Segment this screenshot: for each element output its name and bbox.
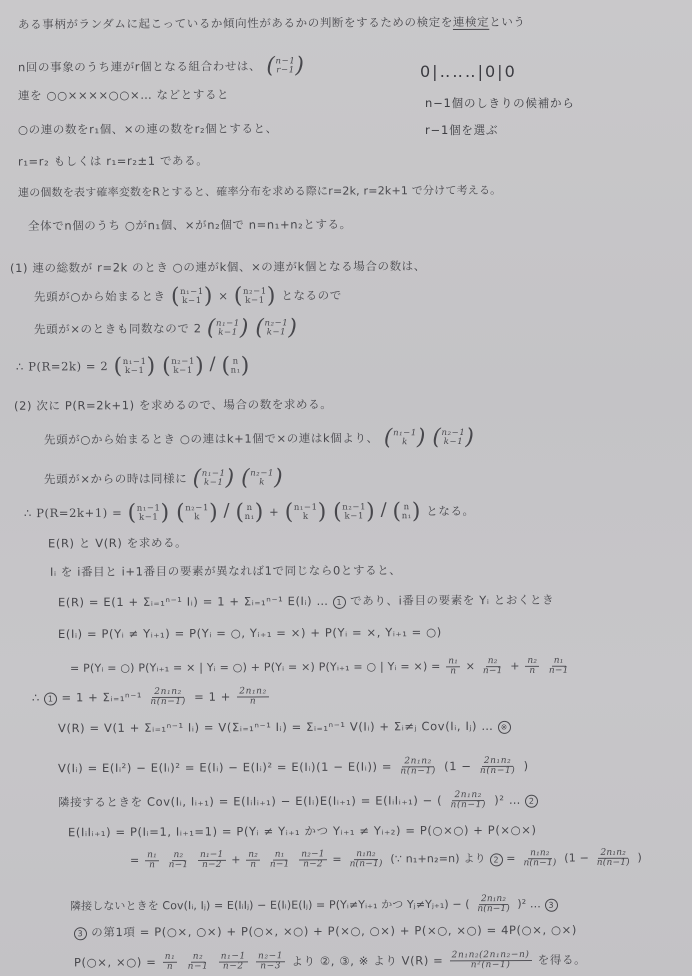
part1-text: 連の総数が r=2k のとき ○の連がk個、×の連がk個となる場合の数は、	[32, 259, 426, 275]
formula-text: より ②, ③, ※ より V(R) =	[291, 953, 443, 968]
formula-text: (∵ n₁+n₂=n) より	[390, 852, 486, 866]
fraction: n₁n	[163, 953, 178, 972]
fraction: 2n₁n₂n(n−1)	[398, 757, 438, 776]
intro-line-2: n回の事象のうち連がr個となる組合わせは、 (n−1r−1)	[18, 55, 306, 79]
fraction: n₂n	[525, 657, 539, 676]
divide-sign: /	[209, 354, 216, 375]
fraction: n₂n	[246, 851, 260, 870]
binomial: (n₂−1k−1)	[432, 427, 474, 449]
variance-result: P(○×, ×○) = n₁n n₂n−1 n₁−1n−2 n₂−1n−3 より…	[74, 951, 586, 973]
fraction: n₁−1n−2	[198, 851, 226, 870]
fraction: 2n₁n₂(2n₁n₂−n)n²(n−1)	[450, 951, 532, 970]
expectation-result: ∴ 1 = 1 + Σᵢ₌₁ⁿ⁻¹ 2n₁n₂n(n−1) = 1 + 2n₁n…	[32, 687, 271, 707]
intro-line-1: ある事柄がランダムに起こっているか傾向性があるかの判断をするための検定を連検定と…	[18, 17, 526, 31]
fraction: n₂−1n−3	[256, 952, 285, 971]
binomial: (n₂−1k−1)	[162, 356, 204, 378]
binomial: (n₂−1k−1)	[234, 286, 276, 308]
intro-line-3: 連を ○○××××○○×… などとすると	[18, 89, 229, 102]
first-term-expansion: 3 の第1項 = P(○×, ○×) + P(○×, ×○) + P(×○, ○…	[74, 925, 577, 941]
part2-probability-odd: ∴ P(R=2k+1) = (n₁−1k−1) (n₂−1k) / (nn₁) …	[24, 501, 475, 525]
part2-line-2: 先頭が○から始まるとき ○の連はk+1個で×の連はk個より、 (n₁−1k) (…	[44, 427, 476, 451]
joint-expectation: E(IᵢIᵢ₊₁) = P(Iᵢ=1, Iᵢ₊₁=1) = P(Yᵢ ≠ Yᵢ₊…	[68, 825, 537, 839]
formula-text: = 1 +	[194, 690, 231, 704]
binomial: (n−1r−1)	[266, 55, 304, 77]
part1-label: (1)	[10, 261, 28, 275]
part2-label: (2)	[14, 399, 32, 413]
part2-line-1: (2) 次に P(R=2k+1) を求めるので、場合の数を求める。	[14, 399, 332, 412]
formula-text: )² …	[517, 897, 541, 910]
fraction: n₁−1n−2	[219, 952, 248, 971]
fraction: n₂−1n−2	[299, 850, 327, 869]
intro-line-6: 連の個数を表す確率変数をRとすると、確率分布を求める際にr=2k, r=2k+1…	[18, 185, 501, 199]
binomial: (n₁−1k)	[384, 427, 426, 449]
equals-sign: =	[130, 854, 139, 867]
fraction: n₁n₂n(n−1)	[521, 849, 558, 868]
plus-sign: +	[269, 505, 279, 519]
fraction: n₁n	[145, 851, 159, 870]
text: 先頭が○から始まるとき ○の連はk+1個で×の連はk個より、	[44, 431, 379, 447]
circled-2-icon: 2	[525, 795, 538, 808]
binomial: (n₁−1k−1)	[114, 356, 156, 378]
circled-3-icon: 3	[545, 898, 558, 911]
intro-line-7: 全体でn個のうち ○がn₁個、×がn₂個で n=n₁+n₂とする。	[28, 219, 352, 232]
text: 先頭が○から始まるとき	[34, 289, 166, 304]
joint-expectation-value: = n₁n n₂n−1 n₁−1n−2 + n₂n n₁n−1 n₂−1n−2 …	[130, 849, 642, 871]
formula-text: (1 −	[564, 851, 589, 864]
text: 先頭が×のときも同数なので 2	[34, 321, 202, 336]
circled-asterisk-icon: ※	[498, 721, 511, 734]
covariance-non-adjacent: 隣接しないときを Cov(Iᵢ, Iⱼ) = E(IᵢIⱼ) − E(Iᵢ)E(…	[70, 895, 558, 917]
fraction: 2n₁n₂n(n−1)	[148, 688, 188, 707]
fraction: 2n₁n₂n(n−1)	[595, 849, 632, 868]
intro-text: ある事柄がランダムに起こっているか傾向性があるかの判断をするための検定を	[18, 15, 453, 31]
binomial: (n₂−1k−1)	[255, 317, 297, 339]
expectation-sum: E(R) = E(1 + Σᵢ₌₁ⁿ⁻¹ Iᵢ) = 1 + Σᵢ₌₁ⁿ⁻¹ E…	[58, 595, 554, 611]
fraction: n₁n₂n(n−1)	[347, 850, 384, 869]
fraction: n₂n−1	[186, 953, 211, 972]
formula-text: )² …	[494, 793, 521, 807]
formula-text: の第1項 = P(○×, ○×) + P(○×, ×○) + P(×○, ○×)…	[91, 923, 577, 940]
binomial: (n₁−1k−1)	[193, 468, 235, 490]
side-note-line-1: n−1個のしきりの候補から	[425, 95, 575, 111]
circled-2-icon: 2	[490, 853, 503, 866]
therefore-sign: ∴	[32, 691, 40, 705]
text: 先頭が×からの時は同様に	[44, 471, 187, 486]
formula-text: V(R) = V(1 + Σᵢ₌₁ⁿ⁻¹ Iᵢ) = V(Σᵢ₌₁ⁿ⁻¹ Iᵢ)…	[58, 719, 494, 735]
times-sign: ×	[218, 289, 228, 303]
binomial: (nn₁)	[392, 501, 421, 523]
formula-text: V(Iᵢ) = E(Iᵢ²) − E(Iᵢ)² = E(Iᵢ) − E(Iᵢ)²…	[58, 759, 392, 775]
covariance-adjacent: 隣接するときを Cov(Iᵢ, Iᵢ₊₁) = E(IᵢIᵢ₊₁) − E(Iᵢ…	[58, 791, 538, 813]
expectation-indicator: E(Iᵢ) = P(Yᵢ ≠ Yᵢ₊₁) = P(Yᵢ = ○, Yᵢ₊₁ = …	[58, 627, 442, 641]
text: となる。	[426, 504, 474, 518]
circled-1-icon: 1	[44, 692, 57, 705]
part2-line-3: 先頭が×からの時は同様に (n₁−1k−1) (n₂−1k)	[44, 467, 284, 490]
part1-probability-even: ∴ P(R=2k) = 2 (n₁−1k−1) (n₂−1k−1) / (nn₁…	[16, 355, 251, 378]
formula-text: ∴ P(R=2k) = 2	[16, 359, 108, 373]
part1-line-1: (1) 連の総数が r=2k のとき ○の連がk個、×の連がk個となる場合の数は…	[10, 261, 426, 275]
circled-3-icon: 3	[74, 927, 87, 940]
term-run-test: 連検定	[453, 15, 489, 29]
expectation-intro: E(R) と V(R) を求める。	[48, 538, 187, 550]
fraction: 2n₁n₂n	[237, 687, 269, 706]
times-sign: ×	[466, 660, 475, 673]
formula-text: 隣接しないときを Cov(Iᵢ, Iⱼ) = E(IᵢIⱼ) − E(Iᵢ)E(…	[70, 898, 470, 913]
indicator-definition: Iᵢ を i番目と i+1番目の要素が異なれば1で同じなら0とすると、	[50, 565, 401, 578]
combination-text: n回の事象のうち連がr個となる組合わせは、	[18, 59, 261, 74]
circled-1-icon: 1	[333, 596, 346, 609]
variance-indicator: V(Iᵢ) = E(Iᵢ²) − E(Iᵢ)² = E(Iᵢ) − E(Iᵢ)²…	[58, 757, 529, 778]
formula-text: P(○×, ×○) =	[74, 955, 157, 969]
fraction: n₂n−1	[167, 851, 191, 870]
binomial: (n₁−1k)	[285, 502, 327, 524]
formula-text: 隣接するときを Cov(Iᵢ, Iᵢ₊₁) = E(IᵢIᵢ₊₁) − E(Iᵢ…	[58, 793, 442, 809]
handwritten-notes-page: ある事柄がランダムに起こっているか傾向性があるかの判断をするための検定を連検定と…	[0, 0, 692, 976]
side-note-line-2: r−1個を選ぶ	[425, 122, 498, 138]
formula-text: を得る。	[538, 953, 586, 967]
binomial: (n₂−1k−1)	[333, 501, 375, 523]
formula-text: )	[524, 759, 529, 773]
binomial: (nn₁)	[235, 502, 264, 524]
text: 次に P(R=2k+1) を求めるので、場合の数を求める。	[36, 397, 332, 413]
binomial: (n₂−1k)	[241, 467, 283, 489]
variance-decomposition: V(R) = V(1 + Σᵢ₌₁ⁿ⁻¹ Iᵢ) = V(Σᵢ₌₁ⁿ⁻¹ Iᵢ)…	[58, 721, 511, 736]
intro-text-end: という	[489, 15, 525, 29]
equals-sign: =	[506, 852, 515, 865]
binomial: (n₁−1k−1)	[207, 318, 249, 340]
fraction: n₂n−1	[481, 657, 505, 676]
part1-line-2: 先頭が○から始まるとき (n₁−1k−1) × (n₂−1k−1) となるので	[34, 285, 342, 309]
binomial: (n₂−1k)	[176, 502, 218, 524]
equals-sign: =	[332, 853, 341, 866]
plus-sign: +	[510, 659, 519, 672]
plus-sign: +	[231, 853, 240, 866]
formula-text: ∴ P(R=2k+1) =	[24, 506, 122, 521]
text: であり、i番目の要素を Yᵢ とおくとき	[350, 593, 554, 608]
formula-text: E(R) = E(1 + Σᵢ₌₁ⁿ⁻¹ Iᵢ) = 1 + Σᵢ₌₁ⁿ⁻¹ E…	[58, 594, 329, 609]
fraction: 2n₁n₂n(n−1)	[448, 791, 488, 810]
expectation-conditional: = P(Yᵢ = ○) P(Yᵢ₊₁ = × | Yᵢ = ○) + P(Yᵢ …	[70, 657, 573, 679]
text: となるので	[281, 288, 342, 302]
divide-sign: /	[381, 499, 388, 520]
intro-line-4: ○の連の数をr₁個、×の連の数をr₂個とすると、	[18, 123, 278, 136]
fraction: n₁n	[446, 657, 460, 676]
fraction: n₁n−1	[547, 657, 571, 676]
fraction: 2n₁n₂n(n−1)	[475, 895, 512, 914]
formula-text: )	[637, 851, 642, 864]
part1-line-3: 先頭が×のときも同数なので 2 (n₁−1k−1) (n₂−1k−1)	[34, 317, 299, 340]
binomial: (nn₁)	[221, 355, 250, 377]
intro-line-5: r₁=r₂ もしくは r₁=r₂±1 である。	[18, 156, 208, 168]
fraction: n₁n−1	[268, 850, 292, 869]
formula-text: = P(Yᵢ = ○) P(Yᵢ₊₁ = × | Yᵢ = ○) + P(Yᵢ …	[70, 660, 441, 675]
binomial: (n₁−1k−1)	[171, 286, 213, 308]
partition-sequence: 0|‥‥‥|0|0	[420, 62, 517, 81]
divide-sign: /	[223, 500, 230, 521]
fraction: 2n₁n₂n(n−1)	[478, 757, 518, 776]
formula-text: = 1 + Σᵢ₌₁ⁿ⁻¹	[61, 690, 142, 704]
binomial: (n₁−1k−1)	[128, 502, 170, 524]
formula-text: (1 −	[444, 759, 472, 773]
